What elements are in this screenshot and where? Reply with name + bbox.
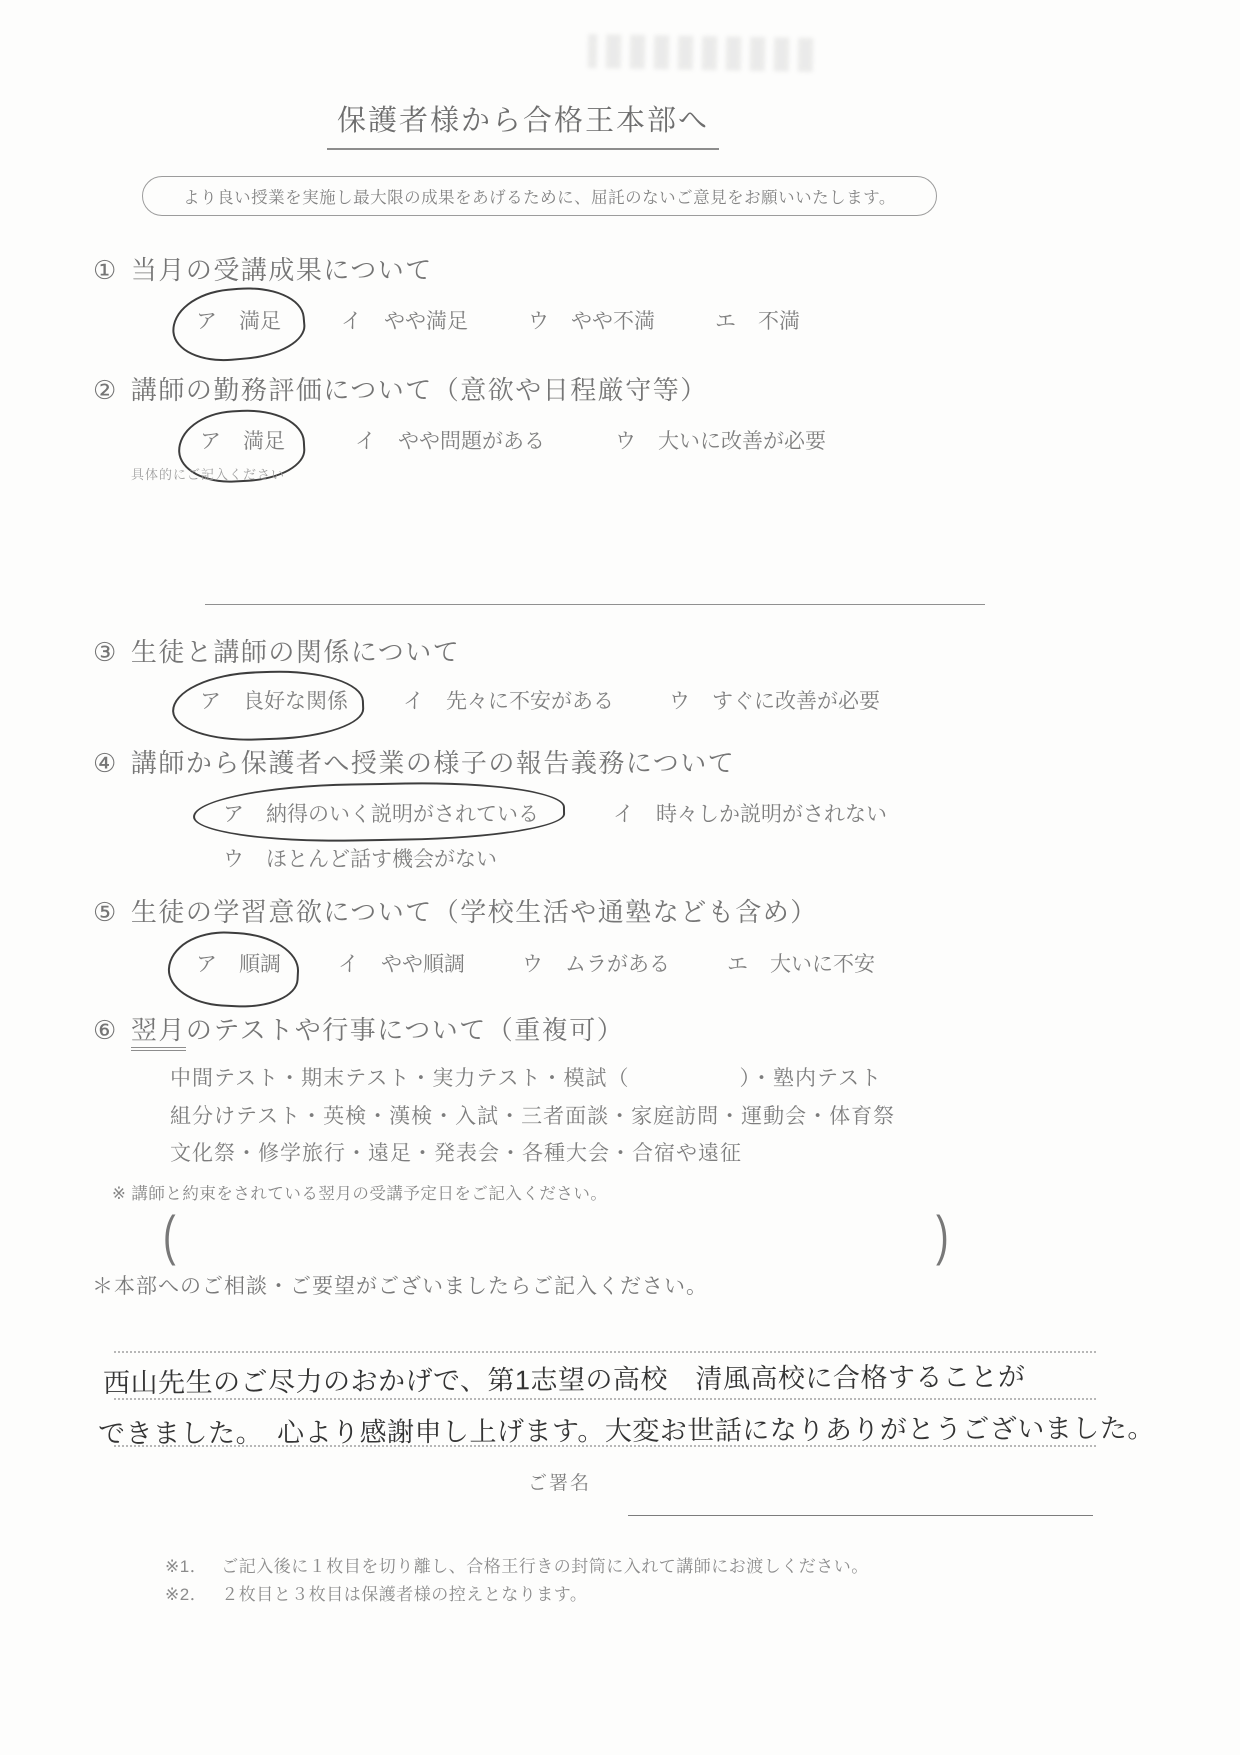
question-1-title: 当月の受講成果について (131, 255, 433, 285)
consultation-prompt: ＊本部へのご相談・ご要望がございましたらご記入ください。 (92, 1270, 708, 1300)
question-4-number: ④ (93, 748, 118, 778)
question-1-number: ① (93, 255, 118, 285)
show-through-artifact (588, 34, 814, 72)
scanned-feedback-form: 保護者様から合格王本部へ より良い授業を実施し最大限の成果をあげるために、屈託の… (0, 0, 1240, 1755)
q6-event-line-1: 中間テスト・期末テスト・実力テスト・模試（ ）・塾内テスト (170, 1062, 882, 1092)
q2-option-a-selected: ア 満足 (200, 425, 285, 455)
question-4-heading: ④講師から保護者へ授業の様子の報告義務について (93, 743, 735, 780)
q5-option-a-selected: ア 順調 (196, 948, 281, 978)
question-3-title: 生徒と講師の関係について (131, 637, 460, 667)
q3-option-a-selected: ア 良好な関係 (200, 685, 348, 715)
q6-event-line-2: 組分けテスト・英検・漢検・入試・三者面談・家庭訪問・運動会・体育祭 (170, 1100, 895, 1130)
q6-close-bracket: ) (936, 1206, 949, 1268)
q3-option-a-label: 良好な関係 (243, 685, 348, 715)
q1-option-e: エ 不満 (715, 305, 800, 335)
q4-option-a-key: ア (223, 798, 244, 828)
question-3-number: ③ (93, 637, 118, 667)
ruled-line-1 (114, 1351, 1096, 1353)
question-3-heading: ③生徒と講師の関係について (93, 632, 460, 669)
q5-option-i-label: やや順調 (381, 948, 465, 978)
q2-fill-in-line (205, 604, 985, 605)
q5-option-i-key: イ (338, 948, 359, 978)
q3-option-u-label: すぐに改善が必要 (712, 685, 880, 715)
instruction-banner-text: より良い授業を実施し最大限の成果をあげるために、屈託のないご意見をお願いいたしま… (183, 184, 896, 208)
q4-option-u-label: ほとんど話す機会がない (266, 843, 497, 873)
q5-option-u-key: ウ (522, 948, 543, 978)
question-4-options-row2: ウ ほとんど話す機会がない (223, 843, 497, 873)
q5-option-a-label: 順調 (239, 948, 281, 978)
q2-option-i-key: イ (355, 425, 376, 455)
q4-option-u-key: ウ (223, 843, 244, 873)
q5-option-u-label: ムラがある (565, 948, 670, 978)
q4-option-u: ウ ほとんど話す機会がない (223, 843, 497, 873)
question-2-options: ア 満足 イ やや問題がある ウ 大いに改善が必要 (200, 425, 826, 455)
handwritten-comment-line-1: 西山先生のご尽力のおかげで、第1志望の高校 清風高校に合格することが (103, 1355, 1026, 1400)
signature-label: ご署名 (528, 1468, 591, 1495)
question-6-heading: ⑥翌月のテストや行事について（重複可） (93, 1010, 624, 1047)
q1-option-i: イ やや満足 (341, 305, 468, 335)
question-4-title: 講師から保護者へ授業の様子の報告義務について (131, 748, 735, 778)
question-5-heading: ⑤生徒の学習意欲について（学校生活や通塾なども含め） (93, 892, 818, 929)
q1-option-a-label: 満足 (239, 305, 281, 335)
question-2-title: 講師の勤務評価について（意欲や日程厳守等） (131, 375, 708, 405)
q3-option-i-key: イ (403, 685, 424, 715)
q1-option-u-label: やや不満 (571, 305, 655, 335)
question-6-title: のテストや行事について（重複可） (186, 1015, 624, 1045)
q2-option-i-label: やや問題がある (398, 425, 545, 455)
q5-option-e-key: エ (727, 948, 748, 978)
question-1-heading: ①当月の受講成果について (93, 250, 433, 287)
q5-option-a-key: ア (196, 948, 217, 978)
footnote-1-marker: ※1． (165, 1557, 207, 1576)
question-4-options-row1: ア 納得のいく説明がされている イ 時々しか説明がされない (223, 798, 887, 828)
q1-option-e-key: エ (715, 305, 736, 335)
footnote-1-text: ご記入後に１枚目を切り離し、合格王行きの封筒に入れて講師にお渡しください。 (221, 1557, 869, 1576)
q3-option-u: ウ すぐに改善が必要 (669, 685, 880, 715)
question-1-options: ア 満足 イ やや満足 ウ やや不満 エ 不満 (196, 305, 800, 335)
question-2-heading: ②講師の勤務評価について（意欲や日程厳守等） (93, 370, 708, 407)
q4-option-a-selected: ア 納得のいく説明がされている (223, 798, 539, 828)
footnote-2-marker: ※2． (165, 1585, 207, 1604)
q6-open-bracket: ( (163, 1206, 176, 1268)
q6-event-line-3: 文化祭・修学旅行・遠足・発表会・各種大会・合宿や遠征 (170, 1137, 742, 1167)
footnote-2-text: ２枚目と３枚目は保護者様の控えとなります。 (221, 1585, 587, 1604)
q2-detail-note: 具体的にご記入ください (131, 464, 285, 483)
q2-option-a-label: 満足 (243, 425, 285, 455)
q2-option-u-label: 大いに改善が必要 (658, 425, 826, 455)
q3-option-i: イ 先々に不安がある (403, 685, 614, 715)
question-3-options: ア 良好な関係 イ 先々に不安がある ウ すぐに改善が必要 (200, 685, 880, 715)
q4-option-i-label: 時々しか説明がされない (656, 798, 887, 828)
q1-option-e-label: 不満 (758, 305, 800, 335)
footnote-1: ※1．ご記入後に１枚目を切り離し、合格王行きの封筒に入れて講師にお渡しください。 (165, 1552, 869, 1577)
q1-option-a-selected: ア 満足 (196, 305, 281, 335)
q4-option-i-key: イ (613, 798, 634, 828)
signature-line (628, 1515, 1093, 1516)
q3-option-u-key: ウ (669, 685, 690, 715)
q3-option-a-key: ア (200, 685, 221, 715)
question-6-number: ⑥ (93, 1015, 118, 1045)
q5-option-u: ウ ムラがある (522, 948, 670, 978)
question-2-number: ② (93, 375, 118, 405)
q1-option-i-key: イ (341, 305, 362, 335)
question-5-title: 生徒の学習意欲について（学校生活や通塾なども含め） (131, 897, 818, 927)
q1-option-a-key: ア (196, 305, 217, 335)
handwritten-comment-line-2: できました。 心より感謝申し上げます。大変お世話になりありがとうございました。 (98, 1406, 1155, 1451)
question-5-options: ア 順調 イ やや順調 ウ ムラがある エ 大いに不安 (196, 948, 875, 978)
question-5-number: ⑤ (93, 897, 118, 927)
q5-option-i: イ やや順調 (338, 948, 465, 978)
q4-option-a-label: 納得のいく説明がされている (266, 798, 539, 828)
page-title-text: 保護者様から合格王本部へ (327, 98, 719, 150)
page-title: 保護者様から合格王本部へ (0, 98, 1046, 150)
q2-option-a-key: ア (200, 425, 221, 455)
q1-option-u-key: ウ (528, 305, 549, 335)
q2-option-u-key: ウ (615, 425, 636, 455)
q2-option-u: ウ 大いに改善が必要 (615, 425, 826, 455)
instruction-banner: より良い授業を実施し最大限の成果をあげるために、屈託のないご意見をお願いいたしま… (142, 176, 937, 216)
q6-schedule-note: ※ 講師と約束をされている翌月の受講予定日をご記入ください。 (112, 1180, 607, 1204)
footnote-2: ※2．２枚目と３枚目は保護者様の控えとなります。 (165, 1580, 587, 1605)
q5-option-e: エ 大いに不安 (727, 948, 875, 978)
q4-option-i: イ 時々しか説明がされない (613, 798, 887, 828)
q1-option-u: ウ やや不満 (528, 305, 655, 335)
question-6-title-underlined: 翌月 (131, 1015, 186, 1051)
q5-option-e-label: 大いに不安 (770, 948, 875, 978)
q1-option-i-label: やや満足 (384, 305, 468, 335)
q2-option-i: イ やや問題がある (355, 425, 545, 455)
q3-option-i-label: 先々に不安がある (446, 685, 614, 715)
